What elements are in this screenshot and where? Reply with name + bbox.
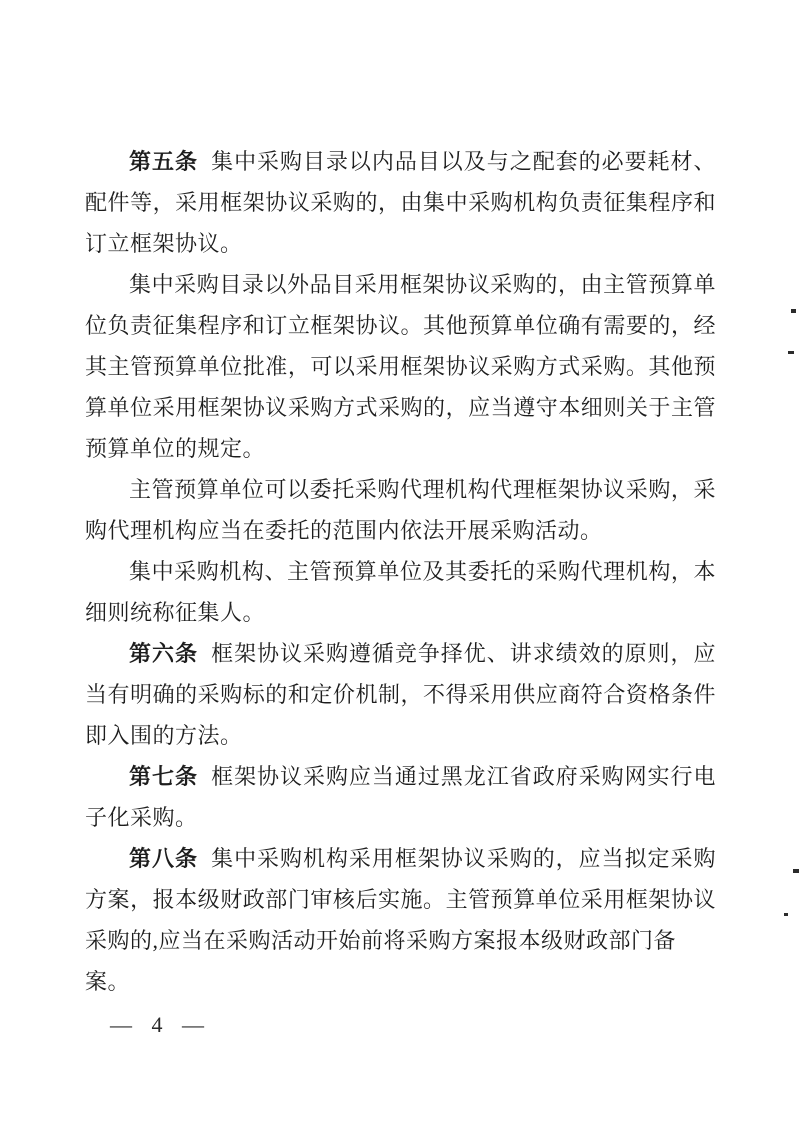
line-text: 框架协议采购遵循竞争择优、讲求绩效的原则，应 [211,641,716,666]
text-line: 采购的,应当在采购活动开始前将采购方案报本级财政部门备案。 [85,920,716,1002]
paragraph-article-8: 第八条集中采购机构采用框架协议采购的，应当拟定采购 方案，报本级财政部门审核后实… [85,838,716,1002]
text-line: 细则统称征集人。 [85,592,716,633]
paragraph-catalog-outside: 集中采购目录以外品目采用框架协议采购的，由主管预算单 位负责征集程序和订立框架协… [85,264,716,469]
page-number: — 4 — [110,1012,206,1038]
text-line: 位负责征集程序和订立框架协议。其他预算单位确有需要的，经 [85,305,716,346]
line-text: 集中采购机构、主管预算单位及其委托的采购代理机构，本 [129,559,716,584]
paragraph-delegation: 主管预算单位可以委托采购代理机构代理框架协议采购，采 购代理机构应当在委托的范围… [85,469,716,551]
text-line: 算单位采用框架协议采购方式采购的，应当遵守本细则关于主管 [85,387,716,428]
line-text: 框架协议采购应当通过黑龙江省政府采购网实行电 [211,764,716,789]
text-line: 订立框架协议。 [85,223,716,264]
text-line: 其主管预算单位批准，可以采用框架协议采购方式采购。其他预 [85,346,716,387]
scan-artifact-speck [791,309,796,313]
text-line: 即入围的方法。 [85,715,716,756]
text-line: 第五条集中采购目录以内品目以及与之配套的必要耗材、 [85,141,716,182]
scan-artifact-speck [788,351,794,354]
scan-artifact-speck [793,869,799,873]
line-text: 集中采购目录以外品目采用框架协议采购的，由主管预算单 [129,272,716,297]
text-line: 预算单位的规定。 [85,428,716,469]
text-line: 子化采购。 [85,797,716,838]
line-text: 集中采购机构采用框架协议采购的，应当拟定采购 [211,846,716,871]
line-text: 集中采购目录以内品目以及与之配套的必要耗材、 [211,149,716,174]
article-number: 第七条 [129,764,198,789]
text-line: 当有明确的采购标的和定价机制，不得采用供应商符合资格条件 [85,674,716,715]
scanned-document-page: 第五条集中采购目录以内品目以及与之配套的必要耗材、 配件等，采用框架协议采购的，… [0,0,800,1143]
text-line: 方案，报本级财政部门审核后实施。主管预算单位采用框架协议 [85,879,716,920]
scan-artifact-speck [784,913,788,916]
text-line: 集中采购目录以外品目采用框架协议采购的，由主管预算单 [85,264,716,305]
text-line: 配件等，采用框架协议采购的，由集中采购机构负责征集程序和 [85,182,716,223]
paragraph-article-6: 第六条框架协议采购遵循竞争择优、讲求绩效的原则，应 当有明确的采购标的和定价机制… [85,633,716,756]
text-line: 第六条框架协议采购遵循竞争择优、讲求绩效的原则，应 [85,633,716,674]
text-line: 购代理机构应当在委托的范围内依法开展采购活动。 [85,510,716,551]
text-line: 主管预算单位可以委托采购代理机构代理框架协议采购，采 [85,469,716,510]
paragraph-collector-definition: 集中采购机构、主管预算单位及其委托的采购代理机构，本 细则统称征集人。 [85,551,716,633]
article-number: 第五条 [129,149,198,174]
article-number: 第八条 [129,846,198,871]
paragraph-article-5: 第五条集中采购目录以内品目以及与之配套的必要耗材、 配件等，采用框架协议采购的，… [85,141,716,264]
text-line: 第八条集中采购机构采用框架协议采购的，应当拟定采购 [85,838,716,879]
text-line: 第七条框架协议采购应当通过黑龙江省政府采购网实行电 [85,756,716,797]
text-line: 集中采购机构、主管预算单位及其委托的采购代理机构，本 [85,551,716,592]
line-text: 主管预算单位可以委托采购代理机构代理框架协议采购，采 [129,477,716,502]
document-body: 第五条集中采购目录以内品目以及与之配套的必要耗材、 配件等，采用框架协议采购的，… [85,141,716,1002]
paragraph-article-7: 第七条框架协议采购应当通过黑龙江省政府采购网实行电 子化采购。 [85,756,716,838]
article-number: 第六条 [129,641,198,666]
